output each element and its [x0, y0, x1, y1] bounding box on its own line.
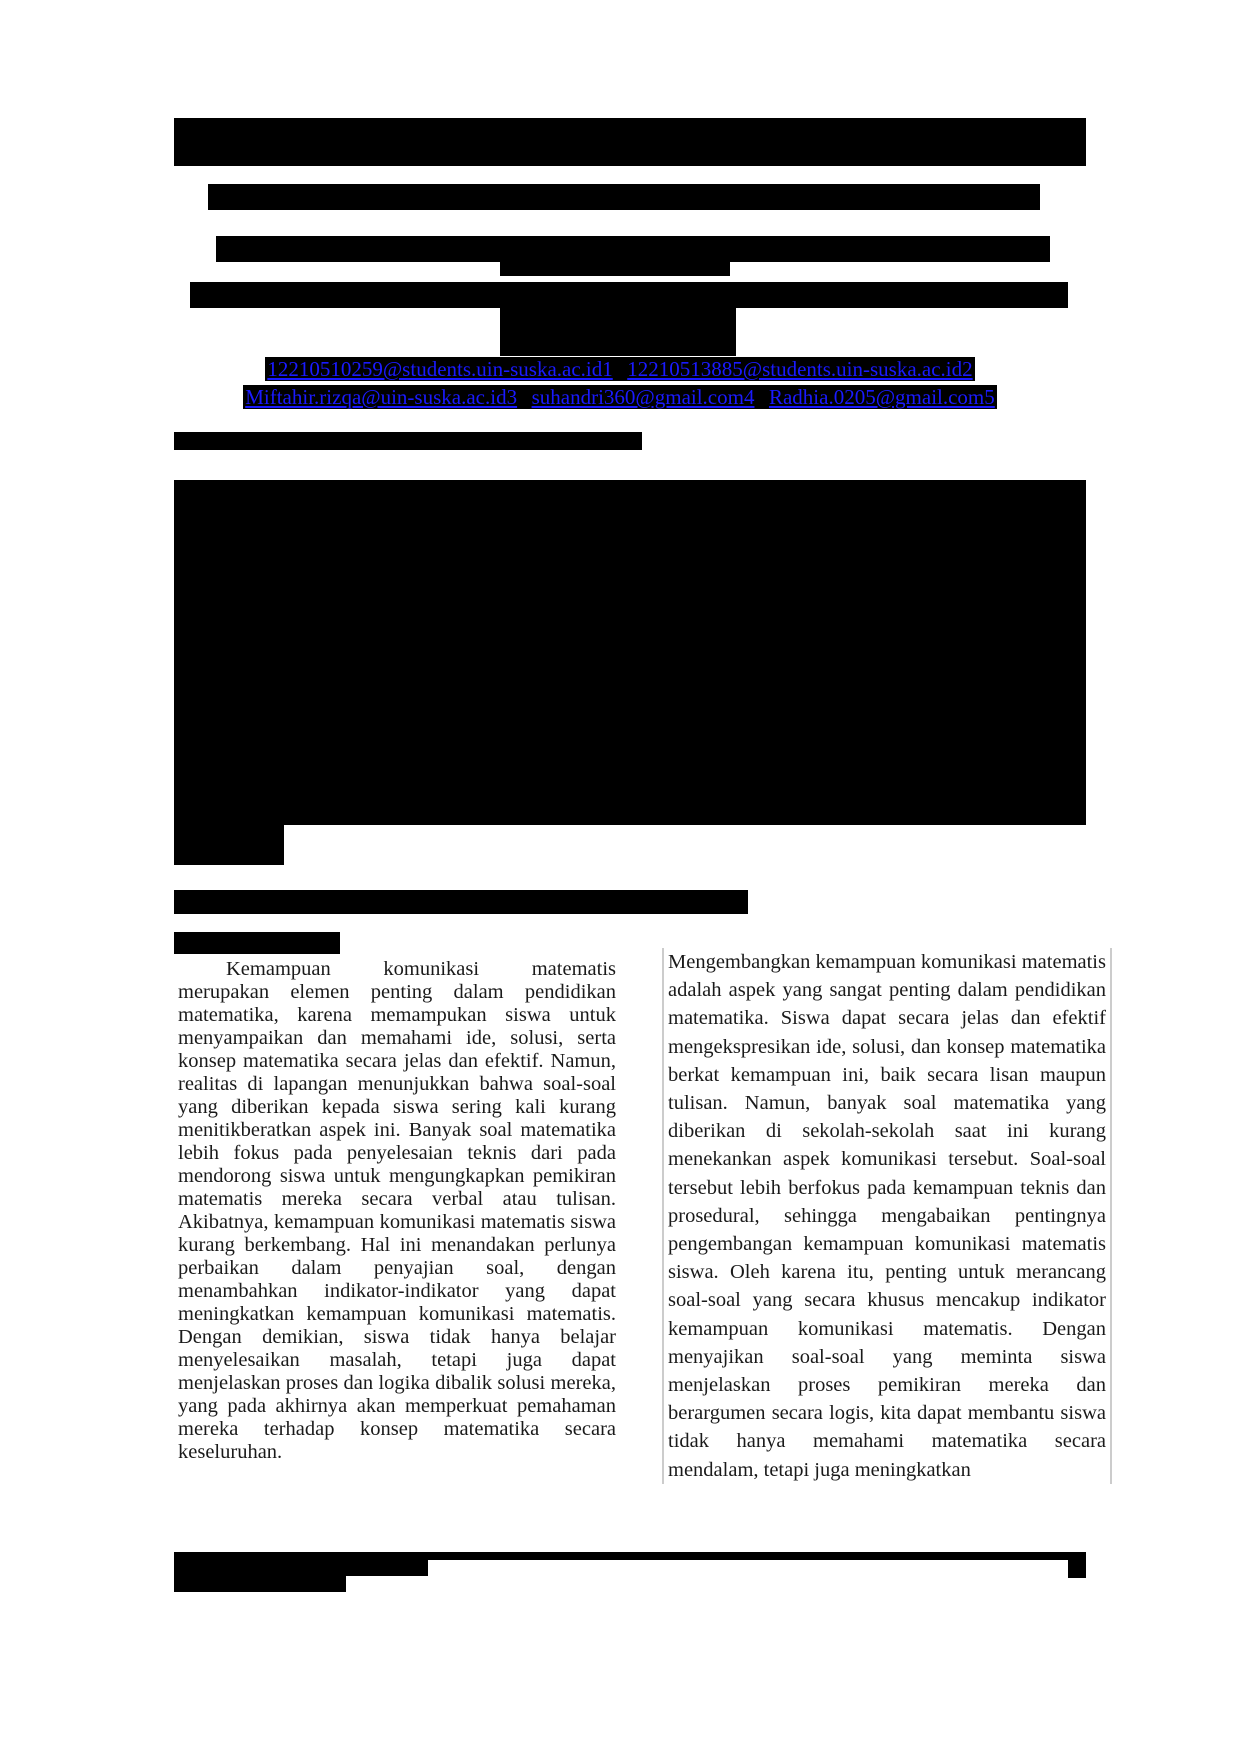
email-link[interactable]: suhandri360@gmail.com4: [530, 385, 757, 409]
email-link[interactable]: 12210513885@students.uin-suska.ac.id2: [625, 357, 974, 381]
affiliation-redacted: [190, 282, 1068, 308]
authors-redacted: [216, 236, 1050, 262]
running-head-redacted: [174, 118, 1086, 166]
email-link[interactable]: Miftahir.rizqa@uin-suska.ac.id3: [243, 385, 519, 409]
keywords-redacted: [174, 890, 748, 914]
author-emails: 12210510259@students.uin-suska.ac.id1, 1…: [0, 355, 1240, 411]
email-link[interactable]: 12210510259@students.uin-suska.ac.id1: [265, 357, 614, 381]
abstract-tail-redacted: [174, 825, 284, 865]
footer-journal-redacted-2: [174, 1576, 346, 1592]
body-paragraph: Kemampuan komunikasi matematis merupakan…: [178, 958, 616, 1464]
authors-redacted-2: [500, 262, 730, 276]
footer-journal-redacted: [174, 1552, 428, 1576]
left-column: Kemampuan komunikasi matematis merupakan…: [178, 958, 616, 1464]
email-link[interactable]: Radhia.0205@gmail.com5: [767, 385, 997, 409]
abstract-body-redacted: [174, 480, 1086, 825]
paper-title-redacted: [208, 184, 1040, 210]
affiliation-redacted-2: [500, 308, 736, 356]
abstract-heading-redacted: [174, 432, 642, 450]
section-heading-redacted: [174, 932, 340, 954]
right-column: Mengembangkan kemampuan komunikasi matem…: [662, 948, 1112, 1484]
body-paragraph: Mengembangkan kemampuan komunikasi matem…: [668, 948, 1106, 1484]
page-number-redacted: [1068, 1552, 1086, 1578]
